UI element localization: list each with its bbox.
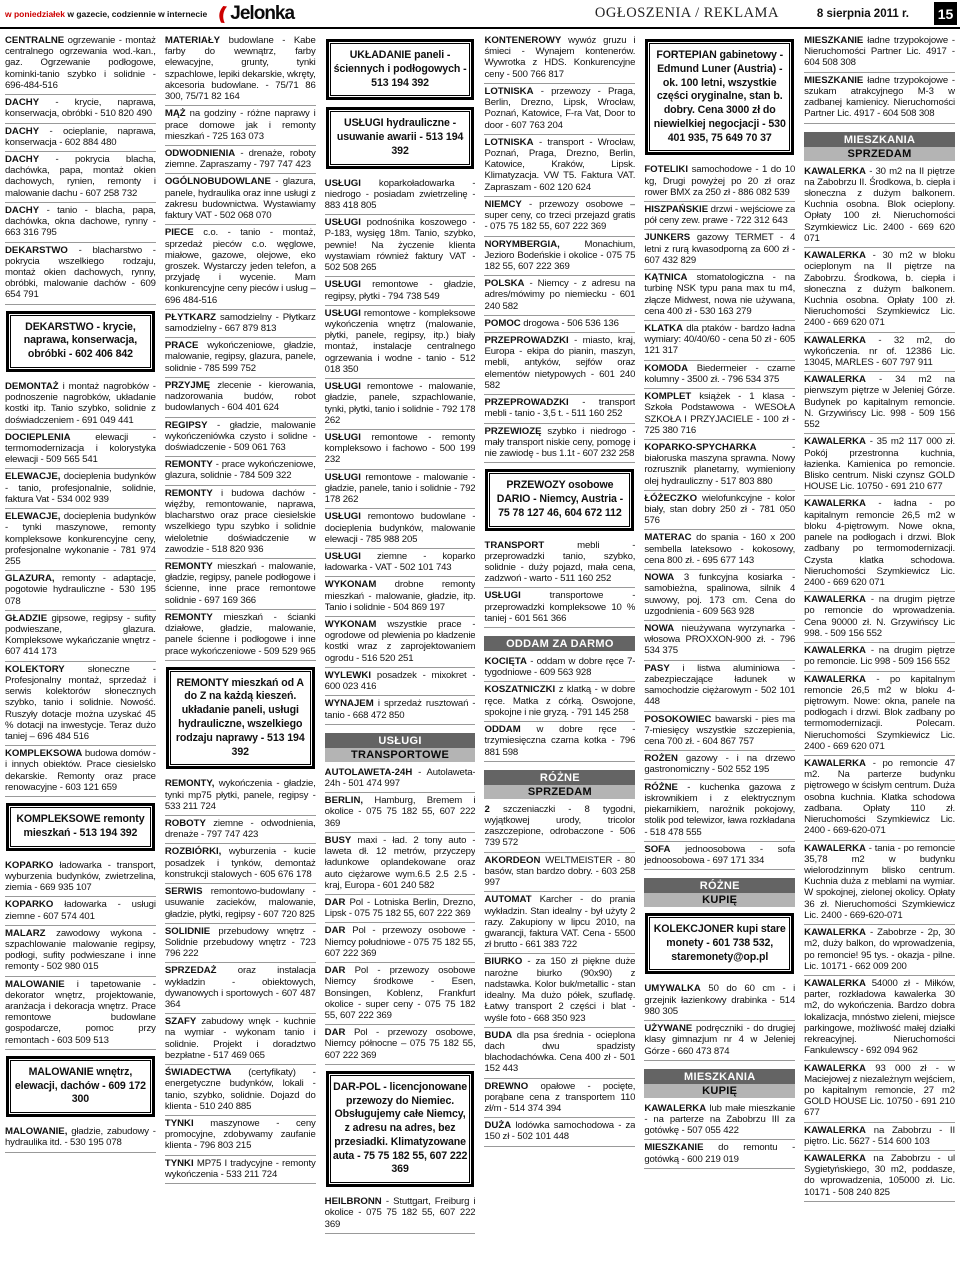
classified-ad: NOWA nieużywana wyrzynarka - włosowa PRO…: [644, 621, 795, 661]
ad-headword: USŁUGI: [325, 432, 361, 443]
ad-headword: USŁUGI: [325, 472, 361, 483]
ad-headword: REMONTY: [165, 561, 213, 572]
classified-ad: FOTELIKI samochodowe - 1 do 10 kg, Drugi…: [644, 162, 795, 202]
ad-headword: MĄŻ: [165, 108, 186, 119]
ad-headword: ROBOTY: [165, 818, 206, 829]
classified-ad: POMOC drogowa - 506 536 136: [484, 316, 635, 333]
classified-ad: 2 szczeniaczki - 8 tygodni, wyjątkowej u…: [484, 802, 635, 853]
ads-column-2: MATERIAŁY budowlane - Kabe farby do wewn…: [165, 33, 316, 1285]
classified-ad: PRZYJMĘ zlecenie - kierowania, nadzorowa…: [165, 378, 316, 418]
classified-ad: WYLEWKI posadzek - mixokret - 600 023 41…: [325, 668, 476, 696]
ad-headword: USŁUGI: [325, 178, 361, 189]
page-section-title: OGŁOSZENIA / REKLAMA: [595, 5, 779, 22]
ad-headword: SOFA: [644, 844, 670, 855]
ad-headword: SZAFY: [165, 1016, 196, 1027]
ad-headword: POSOKOWIEC: [644, 714, 711, 725]
ad-headword: AUTOMAT: [484, 894, 531, 905]
ad-headword: MATERIAŁY: [165, 35, 220, 46]
ad-headword: HEILBRONN: [325, 1196, 382, 1207]
classified-ad: MATERAC do spania - 160 x 200 sembella l…: [644, 530, 795, 570]
classified-ad: MIESZKANIE do remontu - gotówką - 600 21…: [644, 1140, 795, 1168]
ad-headword: BERLIN,: [325, 795, 363, 806]
ad-headword: KOCIĘTA: [484, 656, 526, 667]
ad-headword: KAWALERKA: [804, 594, 866, 605]
section-header: MIESZKANIAKUPIĘ: [644, 1069, 795, 1098]
classified-ad: PRZEPROWADZKI - miasto, kraj, Europa - e…: [484, 333, 635, 395]
classified-ad: DOCIEPLENIA elewacji - termomodernizacja…: [5, 430, 156, 470]
section-header: USŁUGITRANSPORTOWE: [325, 733, 476, 762]
classified-ad: KOMPLET książek - 1 klasa - Szkoła Podst…: [644, 389, 795, 440]
classified-ad: KAWALERKA na Zabobrzu - II piętro. Lic. …: [804, 1123, 955, 1151]
ad-headword: NOWA: [644, 623, 674, 634]
classified-ad: PRZEWIOZĘ szybko i niedrogo - mały trans…: [484, 424, 635, 464]
ad-headword: CENTRALNE: [5, 35, 64, 46]
section-header-line2: SPRZEDAM: [804, 147, 955, 161]
ad-headword: MALOWANIE,: [5, 1126, 67, 1137]
classified-ad: POSOKOWIEC bawarski - pies ma 7-miesięcy…: [644, 712, 795, 752]
classifieds-columns: CENTRALNE ogrzewanie - montaż centralneg…: [0, 29, 960, 1285]
classified-ad: KAWALERKA - ładna - po kapitalnym remonc…: [804, 496, 955, 592]
classified-ad: KAWALERKA - po kapitalnym remoncie 26,5 …: [804, 672, 955, 757]
boxed-classified-ad: USŁUGI hydrauliczne - usuwanie awarii - …: [326, 107, 475, 168]
classified-ad: REMONTY mieszkań - ścianki działowe, gła…: [165, 610, 316, 661]
ad-headword: KAWALERKA: [804, 166, 866, 177]
ad-headword: KLATKA: [644, 323, 683, 334]
classified-ad: KAWALERKA 93 000 zł - w Maciejowej z nie…: [804, 1061, 955, 1123]
ad-headword: FOTELIKI: [644, 164, 688, 175]
ad-headword: BUSY: [325, 835, 352, 846]
ad-headword: AKORDEON: [484, 855, 540, 866]
ad-headword: PIECE: [165, 227, 194, 238]
ad-headword: KOMPLEKSOWA: [5, 748, 82, 759]
ad-headword: WYNAJEM: [325, 698, 374, 709]
classified-ad: PŁYTKARZ samodzielny - Płytkarz samodzie…: [165, 310, 316, 338]
section-header: MIESZKANIASPRZEDAM: [804, 132, 955, 161]
section-header-line1: USŁUGI: [325, 733, 476, 748]
newspaper-page: w poniedziałek w gazecie, codziennie w i…: [0, 0, 960, 1286]
section-header-line2: KUPIĘ: [644, 893, 795, 907]
ad-headword: PRACE: [165, 340, 199, 351]
classified-ad: AKORDEON WELTMEISTER - 80 basów, stan ba…: [484, 853, 635, 893]
ad-headword: KAWALERKA: [804, 335, 866, 346]
classified-ad: USŁUGI podnośnika koszowego - P-183, wys…: [325, 215, 476, 277]
ad-headword: PASY: [644, 663, 669, 674]
ad-headword: ELEWACJE,: [5, 511, 60, 522]
classified-ad: DUŻA lodówka samochodowa - za 150 zł - 5…: [484, 1118, 635, 1146]
classified-ad: MALOWANIE, gładzie, zabudowy - hydraulik…: [5, 1124, 156, 1152]
ad-headword: KAWALERKA: [804, 758, 866, 769]
boxed-classified-ad: PRZEWOZY osobowe DARIO - Niemcy, Austria…: [485, 469, 634, 530]
ad-headword: UMYWALKA: [644, 983, 701, 994]
classified-ad: KOMODA Biedermeier - czarne kolumny - 35…: [644, 361, 795, 389]
classified-ad: ELEWACJE, docieplenia budynków - tynki m…: [5, 509, 156, 571]
classified-ad: REMONTY mieszkań - malowanie, gładzie, r…: [165, 559, 316, 610]
ad-headword: PRZEWIOZĘ: [484, 426, 541, 437]
ad-headword: POLSKA: [484, 278, 524, 289]
ad-headword: 2: [484, 804, 489, 815]
boxed-classified-ad: MALOWANIE wnętrz, elewacji, dachów - 609…: [6, 1056, 155, 1117]
classified-ad: GLAZURA, remonty - adaptacje, pogotowie …: [5, 571, 156, 611]
classified-ad: DEKARSTWO - blacharstwo - pokrycia wszel…: [5, 243, 156, 305]
classified-ad: MATERIAŁY budowlane - Kabe farby do wewn…: [165, 33, 316, 106]
ad-headword: MATERAC: [644, 532, 691, 543]
classified-ad: ROBOTY ziemne - odwodnienia, drenaże - 7…: [165, 816, 316, 844]
ad-headword: KAWALERKA: [804, 645, 866, 656]
classified-ad: WYKONAM drobne remonty mieszkań - malowa…: [325, 577, 476, 617]
ad-headword: PRZEPROWADZKI: [484, 397, 568, 408]
classified-ad: MALOWANIE i tapetowanie - dekorator wnęt…: [5, 977, 156, 1050]
classified-ad: DACHY - tanio - blacha, papa, dachówka, …: [5, 203, 156, 243]
ad-headword: ŁÓŻECZKO: [644, 493, 697, 504]
classified-ad: TYNKI maszynowe - ceny promocyjne, zdoby…: [165, 1116, 316, 1156]
classified-ad: KAWALERKA - na drugim piętrze po remonci…: [804, 592, 955, 643]
classified-ad: CENTRALNE ogrzewanie - montaż centralneg…: [5, 33, 156, 95]
ad-headword: DAR: [325, 897, 346, 908]
ad-headword: KAWALERKA: [804, 1125, 866, 1136]
classified-ad: PRACE wykończeniowe, gładzie, malowanie,…: [165, 338, 316, 378]
ad-headword: DEMONTAŻ: [5, 381, 59, 392]
classified-ad: KAWALERKA - 32 m2, do wykończenia. nr of…: [804, 333, 955, 373]
ad-headword: MALOWANIE: [5, 979, 65, 990]
classified-ad: KAWALERKA - po remoncie 47 m2. Na parter…: [804, 756, 955, 841]
boxed-classified-ad: UKŁADANIE paneli - ściennych i podłogowy…: [326, 39, 475, 100]
masthead: w poniedziałek w gazecie, codziennie w i…: [0, 0, 960, 29]
ad-headword: DAR: [325, 925, 346, 936]
ad-headword: KAWALERKA: [804, 1153, 866, 1164]
ad-headword: BIURKO: [484, 956, 522, 967]
ad-headword: ODDAM: [484, 724, 520, 735]
classified-ad: BIURKO - za 150 zł piękne duże narożne b…: [484, 954, 635, 1027]
ad-headword: REMONTY: [165, 612, 213, 623]
ad-headword: USŁUGI: [325, 381, 361, 392]
section-header: RÓŻNESPRZEDAM: [484, 770, 635, 799]
classified-ad: DEMONTAŻ i montaż nagrobków - podnoszeni…: [5, 379, 156, 430]
classified-ad: KAWALERKA 54000 zł - Miłków, parter, roz…: [804, 976, 955, 1061]
section-header-line1: RÓŻNE: [644, 878, 795, 893]
classified-ad: HISZPAŃSKIE drzwi - wejściowe za pół cen…: [644, 202, 795, 230]
ad-headword: MIESZKANIE: [804, 35, 863, 46]
ad-headword: POMOC: [484, 318, 520, 329]
ad-headword: OGÓLNOBUDOWLANE: [165, 176, 271, 187]
ads-column-3: UKŁADANIE paneli - ściennych i podłogowy…: [325, 33, 476, 1285]
section-header: RÓŻNEKUPIĘ: [644, 878, 795, 907]
section-header-line1: MIESZKANIA: [804, 132, 955, 147]
ad-headword: ODWODNIENIA: [165, 148, 235, 159]
classified-ad: UMYWALKA 50 do 60 cm - i grzejnik łazien…: [644, 981, 795, 1021]
ad-headword: RÓŻNE: [644, 782, 678, 793]
classified-ad: KOLEKTORY słoneczne - Profesjonalny mont…: [5, 662, 156, 747]
classified-ad: MIESZKANIE ładne trzypokojowe - Nierucho…: [804, 33, 955, 73]
ad-headword: DOCIEPLENIA: [5, 432, 71, 443]
classified-ad: USŁUGI remontowe - kompleksowe wykończen…: [325, 306, 476, 379]
classified-ad: USŁUGI remontowe - malowanie - gładzie, …: [325, 470, 476, 510]
classified-ad: USŁUGI remontowo budowlane - docieplenia…: [325, 509, 476, 549]
classified-ad: USŁUGI ziemne - koparko ładowarka - VAT …: [325, 549, 476, 577]
boxed-classified-ad: KOLEKCJONER kupi stare monety - 601 738 …: [645, 913, 794, 974]
classified-ad: REMONTY, wykończenia - gładzie, tynki mp…: [165, 776, 316, 816]
classified-ad: DAR Pol - przewozy osobowe - Niemcy połu…: [325, 923, 476, 963]
classified-ad: SOLIDNIE przebudowy wnętrz - Solidnie pr…: [165, 924, 316, 964]
ad-headword: MALARZ: [5, 928, 46, 939]
classified-ad: ŁÓŻECZKO wielofunkcyjne - kolor biały, s…: [644, 491, 795, 531]
ad-headword: HISZPAŃSKIE: [644, 204, 708, 215]
classified-ad: WYKONAM wszystkie prace - ogrodowe od pl…: [325, 617, 476, 668]
section-header-line2: KUPIĘ: [644, 1084, 795, 1098]
classified-ad: DAR Pol - przewozy osobowe, Niemcy półno…: [325, 1025, 476, 1065]
ad-headword: DREWNO: [484, 1081, 528, 1092]
classified-ad: KOPARKO ładowarka - usługi ziemne - 607 …: [5, 897, 156, 925]
ad-headword: DACHY: [5, 205, 39, 216]
ad-headword: DACHY: [5, 154, 39, 165]
ad-headword: NIEMCY: [484, 199, 521, 210]
classified-ad: HEILBRONN - Stuttgart, Freiburg i okolic…: [325, 1194, 476, 1234]
section-header-line1: RÓŻNE: [484, 770, 635, 785]
classified-ad: KOPARKO-SPYCHARKA - białoruska maszyna s…: [644, 440, 795, 491]
ad-headword: NOWA: [644, 572, 674, 583]
classified-ad: KONTENEROWY wywóz gruzu i śmieci - Wynaj…: [484, 33, 635, 84]
ad-headword: REMONTY: [165, 488, 213, 499]
ad-headword: PRZYJMĘ: [165, 380, 210, 391]
ad-headword: KOMPLET: [644, 391, 691, 402]
boxed-classified-ad: DEKARSTWO - krycie, naprawa, konserwacja…: [6, 311, 155, 372]
boxed-classified-ad: KOMPLEKSOWE remonty mieszkań - 513 194 3…: [6, 803, 155, 851]
classified-ad: ROZBIÓRKI, wyburzenia - kucie posadzek i…: [165, 844, 316, 884]
ad-headword: LOTNISKA: [484, 86, 533, 97]
boxed-classified-ad: FORTEPIAN gabinetowy - Edmund Luner (Aus…: [645, 39, 794, 155]
classified-ad: KAWALERKA - 34 m2 na pierwszym piętrze w…: [804, 372, 955, 434]
classified-ad: NOWA 3 funkcyjna kosiarka - samobieżna, …: [644, 570, 795, 621]
ad-headword: BUDA: [484, 1030, 512, 1041]
ad-headword: KOMODA: [644, 363, 688, 374]
classified-ad: DACHY - ocieplanie, naprawa, konserwacja…: [5, 124, 156, 152]
ad-headword: REGIPSY: [165, 420, 208, 431]
classified-ad: UŻYWANE podręczniki - do drugiej klasy g…: [644, 1021, 795, 1061]
section-header: ODDAM ZA DARMO: [484, 636, 635, 651]
classified-ad: USŁUGI transportowe - przeprowadzki komp…: [484, 588, 635, 628]
classified-ad: SOFA jednoosobowa - sofa jednoosobowa - …: [644, 842, 795, 870]
classified-ad: BUSY maxi - ład. 2 tony auto - laweta dł…: [325, 833, 476, 895]
classified-ad: MIESZKANIE ładne trzypokojowe - szukam a…: [804, 73, 955, 124]
classified-ad: MALARZ zawodowy wykona - szpachlowanie m…: [5, 926, 156, 977]
classified-ad: KOCIĘTA - oddam w dobre ręce 7-tygodniow…: [484, 654, 635, 682]
ad-headword: KAWALERKA: [804, 1063, 866, 1074]
ad-headword: KAWALERKA: [804, 674, 866, 685]
classified-ad: USŁUGI koparkoładowarka - niedrogo - pos…: [325, 176, 476, 216]
ad-headword: TRANSPORT: [484, 540, 544, 551]
ad-headword: USŁUGI: [484, 590, 520, 601]
ad-headword: ROŻEN: [644, 753, 678, 764]
ads-column-5: FORTEPIAN gabinetowy - Edmund Luner (Aus…: [644, 33, 795, 1285]
classified-ad: REMONTY - prace wykończeniowe, glazura, …: [165, 457, 316, 485]
ad-headword: DACHY: [5, 126, 39, 137]
ad-headword: DAR: [325, 965, 346, 976]
ad-headword: USŁUGI: [325, 551, 361, 562]
classified-ad: JUNKERS gazowy TERMET - 4 letni z rurą k…: [644, 230, 795, 270]
classified-ad: SZAFY zabudowy wnęk - kuchnie na wymiar …: [165, 1014, 316, 1065]
classified-ad: KAWALERKA - Zabobrze - 2p, 30 m2, duży b…: [804, 925, 955, 976]
section-header-line1: ODDAM ZA DARMO: [484, 636, 635, 651]
ad-headword: UŻYWANE: [644, 1023, 692, 1034]
classified-ad: DREWNO opałowe - pocięte, porąbane cena …: [484, 1079, 635, 1119]
classified-ad: AUTOLAWETA-24H - Autolaweta-24h - 501 47…: [325, 765, 476, 793]
classified-ad: PASY i listwa aluminiowa - zabezpieczają…: [644, 661, 795, 712]
ad-headword: KAWALERKA: [804, 374, 866, 385]
ad-headword: JUNKERS: [644, 232, 690, 243]
ad-headword: KOPARKO: [5, 899, 53, 910]
ad-headword: SPRZEDAŻ: [165, 965, 217, 976]
ad-headword: WYKONAM: [325, 579, 377, 590]
section-header-line2: SPRZEDAM: [484, 785, 635, 799]
ad-headword: TYNKI: [165, 1158, 194, 1169]
ad-headword: DACHY: [5, 97, 39, 108]
classified-ad: USŁUGI remontowe - gładzie, regipsy, pły…: [325, 277, 476, 305]
jelonka-logo: ❪ Jelonka: [215, 4, 294, 23]
ad-headword: REMONTY,: [165, 778, 215, 789]
classified-ad: ODDAM w dobre ręce - trzymiesięczna czar…: [484, 722, 635, 762]
classified-ad: NORYMBERGIA, Monachium, Jezioro Bodeński…: [484, 237, 635, 277]
classified-ad: TYNKI MP75 I tradycyjne - remonty wykońc…: [165, 1156, 316, 1184]
ad-headword: USŁUGI: [325, 279, 361, 290]
ad-headword: KOSZATNICZKI: [484, 684, 555, 695]
ad-headword: KAWALERKA: [804, 843, 866, 854]
classified-ad: PIECE c.o. - tanio - montaż, sprzedaż pi…: [165, 225, 316, 310]
ad-headword: ROZBIÓRKI,: [165, 846, 222, 857]
ad-headword: SERWIS: [165, 886, 203, 897]
ad-headword: USŁUGI: [325, 511, 361, 522]
ad-headword: KAWALERKA: [804, 927, 866, 938]
ad-headword: MIESZKANIE: [804, 75, 863, 86]
ad-headword: KONTENEROWY: [484, 35, 561, 46]
classified-ad: BUDA dla psa średnia - ocieplona dach dw…: [484, 1028, 635, 1079]
classified-ad: KAWALERKA - 30 m2 w bloku ocieplonym na …: [804, 248, 955, 333]
classified-ad: KOPARKO ładowarka - transport, wyburzeni…: [5, 858, 156, 898]
issue-date: 8 sierpnia 2011 r.: [817, 8, 909, 20]
classified-ad: AUTOMAT Karcher - do prania wykładzin. S…: [484, 892, 635, 954]
ad-headword: KOPARKO: [5, 860, 53, 871]
section-header-line2: TRANSPORTOWE: [325, 748, 476, 762]
classified-ad: KAWALERKA - na drugim piętrze po remonci…: [804, 643, 955, 671]
ad-headword: SOLIDNIE: [165, 926, 210, 937]
classified-ad: PRZEPROWADZKI - transport mebli - tanio …: [484, 395, 635, 423]
ad-headword: GLAZURA,: [5, 573, 55, 584]
classified-ad: OGÓLNOBUDOWLANE - glazura, panele, hydra…: [165, 174, 316, 225]
classified-ad: LOTNISKA - transport - Wrocław, Poznań, …: [484, 135, 635, 197]
classified-ad: DACHY - krycie, naprawa, konserwacja, ob…: [5, 95, 156, 123]
classified-ad: KAWALERKA - 35 m2 117 000 zł. Pokój prze…: [804, 434, 955, 496]
classified-ad: BERLIN, Hamburg, Bremem i okolice - 075 …: [325, 793, 476, 833]
ad-headword: KOPARKO-SPYCHARKA: [644, 442, 756, 453]
classified-ad: SPRZEDAŻ oraz instalacja wykładzin - obi…: [165, 963, 316, 1014]
ad-headword: ŚWIADECTWA: [165, 1067, 232, 1078]
classified-ad: KAWALERKA na Zabobrzu - ul Sygietyńskieg…: [804, 1151, 955, 1202]
classified-ad: KLATKA dla ptaków - bardzo ładna wymiary…: [644, 321, 795, 361]
ad-headword: DEKARSTWO: [5, 245, 68, 256]
classified-ad: KAWALERKA - 30 m2 na II piętrze na Zabob…: [804, 164, 955, 249]
ad-headword: USŁUGI: [325, 308, 361, 319]
ad-headword: WYKONAM: [325, 619, 377, 630]
ad-headword: KĄTNICA: [644, 272, 687, 283]
classified-ad: GŁADZIE gipsowe, regipsy - sufity podwie…: [5, 611, 156, 662]
ads-column-6: MIESZKANIE ładne trzypokojowe - Nierucho…: [804, 33, 955, 1285]
classified-ad: POLSKA - Niemcy - z adresu na adres/mówi…: [484, 276, 635, 316]
ad-headword: TYNKI: [165, 1118, 194, 1129]
tagline: w poniedziałek w gazecie, codziennie w i…: [5, 9, 207, 19]
tagline-rest: w gazecie, codziennie w internecie: [67, 9, 207, 19]
ad-headword: KAWALERKA: [804, 498, 866, 509]
boxed-classified-ad: REMONTY mieszkań od A do Z na każdą kies…: [166, 667, 315, 770]
classified-ad: MĄŻ na godziny - różne naprawy i prace d…: [165, 106, 316, 146]
classified-ad: KAWALERKA - tania - po remoncie 35,78 m2…: [804, 841, 955, 926]
classified-ad: LOTNISKA - przewozy - Praga, Berlin, Dre…: [484, 84, 635, 135]
ad-headword: GŁADZIE: [5, 613, 47, 624]
classified-ad: WYNAJEM i sprzedaż rusztowań - tanio - 6…: [325, 696, 476, 724]
classified-ad: KOSZATNICZKI z klatką - w dobre ręce. Ma…: [484, 682, 635, 722]
classified-ad: USŁUGI remontowe - remonty kompleksowo i…: [325, 430, 476, 470]
classified-ad: TRANSPORT mebli - przeprowadzki tanio, s…: [484, 538, 635, 589]
ad-headword: ELEWACJE,: [5, 471, 60, 482]
ad-headword: WYLEWKI: [325, 670, 371, 681]
ad-headword: DUŻA: [484, 1120, 511, 1131]
ad-headword: KOLEKTORY: [5, 664, 65, 675]
ad-headword: PŁYTKARZ: [165, 312, 216, 323]
section-header-line1: MIESZKANIA: [644, 1069, 795, 1084]
classified-ad: REMONTY i budowa dachów - więźby, remont…: [165, 486, 316, 559]
classified-ad: DACHY - pokrycia blacha, dachówka, papa,…: [5, 152, 156, 203]
page-number-badge: 15: [934, 2, 957, 25]
ad-headword: KAWALERKA: [804, 250, 866, 261]
classified-ad: NIEMCY - przewozy osobowe – super ceny, …: [484, 197, 635, 237]
ad-headword: REMONTY: [165, 459, 213, 470]
tagline-highlight: w poniedziałek: [5, 9, 65, 19]
classified-ad: RÓŻNE - kuchenka gazowa z iskrownikiem i…: [644, 780, 795, 842]
boxed-classified-ad: DAR-POL - licencjonowane przewozy do Nie…: [326, 1071, 475, 1187]
classified-ad: USŁUGI remontowe - malowanie, gładzie, p…: [325, 379, 476, 430]
classified-ad: ROŻEN gazowy - i na drzewo gastronomiczn…: [644, 751, 795, 779]
classified-ad: ELEWACJE, docieplenia budynków - tanio, …: [5, 469, 156, 509]
ads-column-4: KONTENEROWY wywóz gruzu i śmieci - Wynaj…: [484, 33, 635, 1285]
ad-headword: LOTNISKA: [484, 137, 533, 148]
classified-ad: ODWODNIENIA - drenaże, roboty ziemne. Za…: [165, 146, 316, 174]
ad-headword: MIESZKANIE: [644, 1142, 703, 1153]
ad-headword: USŁUGI: [325, 217, 361, 228]
ad-headword: NORYMBERGIA,: [484, 239, 559, 250]
ads-column-1: CENTRALNE ogrzewanie - montaż centralneg…: [5, 33, 156, 1285]
ad-headword: DAR: [325, 1027, 346, 1038]
classified-ad: KOMPLEKSOWA budowa domów - i innych obie…: [5, 746, 156, 797]
classified-ad: REGIPSY - gładzie, malowanie wykończenió…: [165, 418, 316, 458]
logo-text: Jelonka: [230, 4, 294, 23]
classified-ad: KĄTNICA stomatologiczna - na turbinę NSK…: [644, 270, 795, 321]
classified-ad: DAR Pol - Lotniska Berlin, Drezno, Lipsk…: [325, 895, 476, 923]
classified-ad: ŚWIADECTWA (certyfikaty) - energetyczne …: [165, 1065, 316, 1116]
logo-accent-icon: ❪: [214, 4, 231, 24]
classified-ad: SERWIS remontowo-budowlany - usuwanie za…: [165, 884, 316, 924]
ad-headword: AUTOLAWETA-24H: [325, 767, 413, 778]
ad-headword: KAWALERKA: [804, 978, 866, 989]
classified-ad: DAR Pol - przewozy osobowe Niemcy środko…: [325, 963, 476, 1025]
ad-headword: KAWALERKA: [644, 1103, 706, 1114]
classified-ad: KAWALERKA lub małe mieszkanie - na parte…: [644, 1101, 795, 1141]
ad-headword: PRZEPROWADZKI: [484, 335, 568, 346]
ad-headword: KAWALERKA: [804, 436, 866, 447]
